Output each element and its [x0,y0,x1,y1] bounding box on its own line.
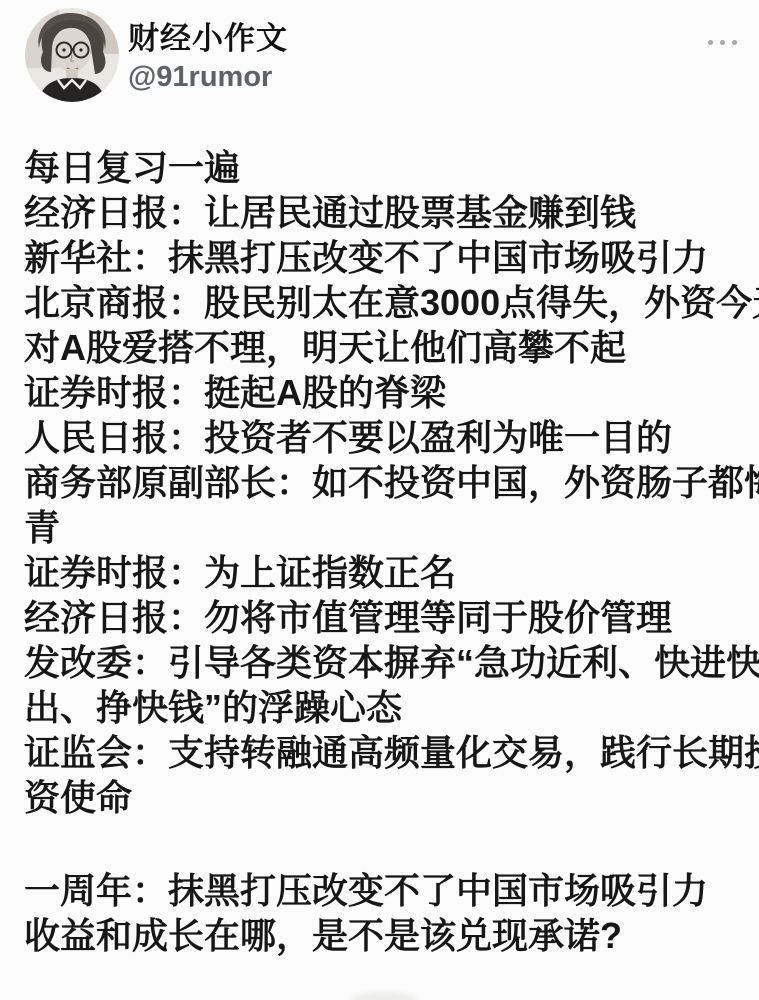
post-line: 每日复习一遍 [24,145,741,190]
post-line: 一周年：抹黑打压改变不了中国市场吸引力 [24,868,741,913]
post-line: 对A股爱搭不理，明天让他们高攀不起 [24,325,741,370]
post-line: 北京商报：股民别太在意3000点得失，外资今天 [24,280,741,325]
post-line [24,820,741,868]
post-line: 资使命 [24,775,741,820]
post-line: 经济日报：勿将市值管理等同于股价管理 [24,595,741,640]
post-header: 财经小作文 @91rumor [25,8,739,108]
post-line: 经济日报：让居民通过股票基金赚到钱 [24,190,741,235]
post-line: 新华社：抹黑打压改变不了中国市场吸引力 [24,235,741,280]
post-line: 证监会：支持转融通高频量化交易，践行长期投 [24,730,741,775]
post-line: 青 [24,505,741,550]
post-line: 出、挣快钱”的浮躁心态 [24,685,741,730]
post-line: 人民日报：投资者不要以盈利为唯一目的 [24,415,741,460]
post-body: 每日复习一遍经济日报：让居民通过股票基金赚到钱新华社：抹黑打压改变不了中国市场吸… [24,145,741,958]
bottom-cutoff-artifact [352,992,416,1000]
post-line: 收益和成长在哪，是不是该兑现承诺? [24,913,741,958]
user-identity: 财经小作文 @91rumor [128,20,288,95]
post-line: 商务部原副部长：如不投资中国，外资肠子都悔 [24,460,741,505]
post-line: 发改委：引导各类资本摒弃“急功近利、快进快 [24,640,741,685]
more-dot [732,40,737,45]
more-horizontal-icon[interactable] [693,30,737,54]
avatar[interactable] [25,8,119,102]
display-name[interactable]: 财经小作文 [128,20,288,58]
user-handle[interactable]: @91rumor [128,59,288,95]
more-dot [720,40,725,45]
post-line: 证券时报：为上证指数正名 [24,550,741,595]
post-line: 证券时报：挺起A股的脊梁 [24,370,741,415]
social-post-card: 财经小作文 @91rumor 每日复习一遍经济日报：让居民通过股票基金赚到钱新华… [0,0,759,1000]
avatar-illustration [25,8,119,102]
more-dot [708,40,713,45]
